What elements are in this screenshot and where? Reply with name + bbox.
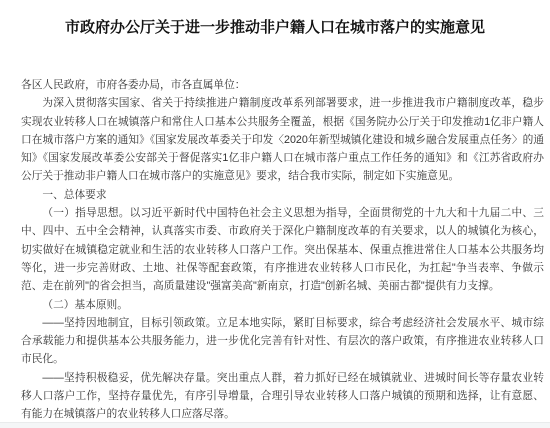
document-page: 市政府办公厅关于进一步推动非户籍人口在城市落户的实施意见 各区人民政府，市府各委… — [0, 0, 550, 428]
document-body: 各区人民政府，市府各委办局，市各直属单位： 为深入贯彻落实国家、省关于持续推进户… — [0, 76, 550, 424]
subsection-heading-basic-principles: （二）基本原则。 — [21, 296, 544, 314]
paragraph-principle-local-conditions: ——坚持因地制宜，目标引领政策。立足本地实际，紧盯目标要求，综合考虑经济社会发展… — [21, 314, 544, 369]
bottom-edge-divider — [0, 422, 550, 428]
paragraph-intro: 为深入贯彻落实国家、省关于持续推进户籍制度改革系列部署要求，进一步推进我市户籍制… — [21, 94, 544, 185]
document-title: 市政府办公厅关于进一步推动非户籍人口在城市落户的实施意见 — [20, 17, 530, 38]
salutation-line: 各区人民政府，市府各委办局，市各直属单位： — [21, 76, 544, 94]
paragraph-principle-steady-progress: ——坚持积极稳妥，优先解决存量。突出重点人群，着力抓好已经在城镇就业、进城时间长… — [21, 369, 544, 424]
section-heading-overall-requirements: 一、总体要求 — [21, 186, 544, 204]
paragraph-guiding-ideology: （一）指导思想。以习近平新时代中国特色社会主义思想为指导，全面贯彻党的十九大和十… — [21, 204, 544, 295]
